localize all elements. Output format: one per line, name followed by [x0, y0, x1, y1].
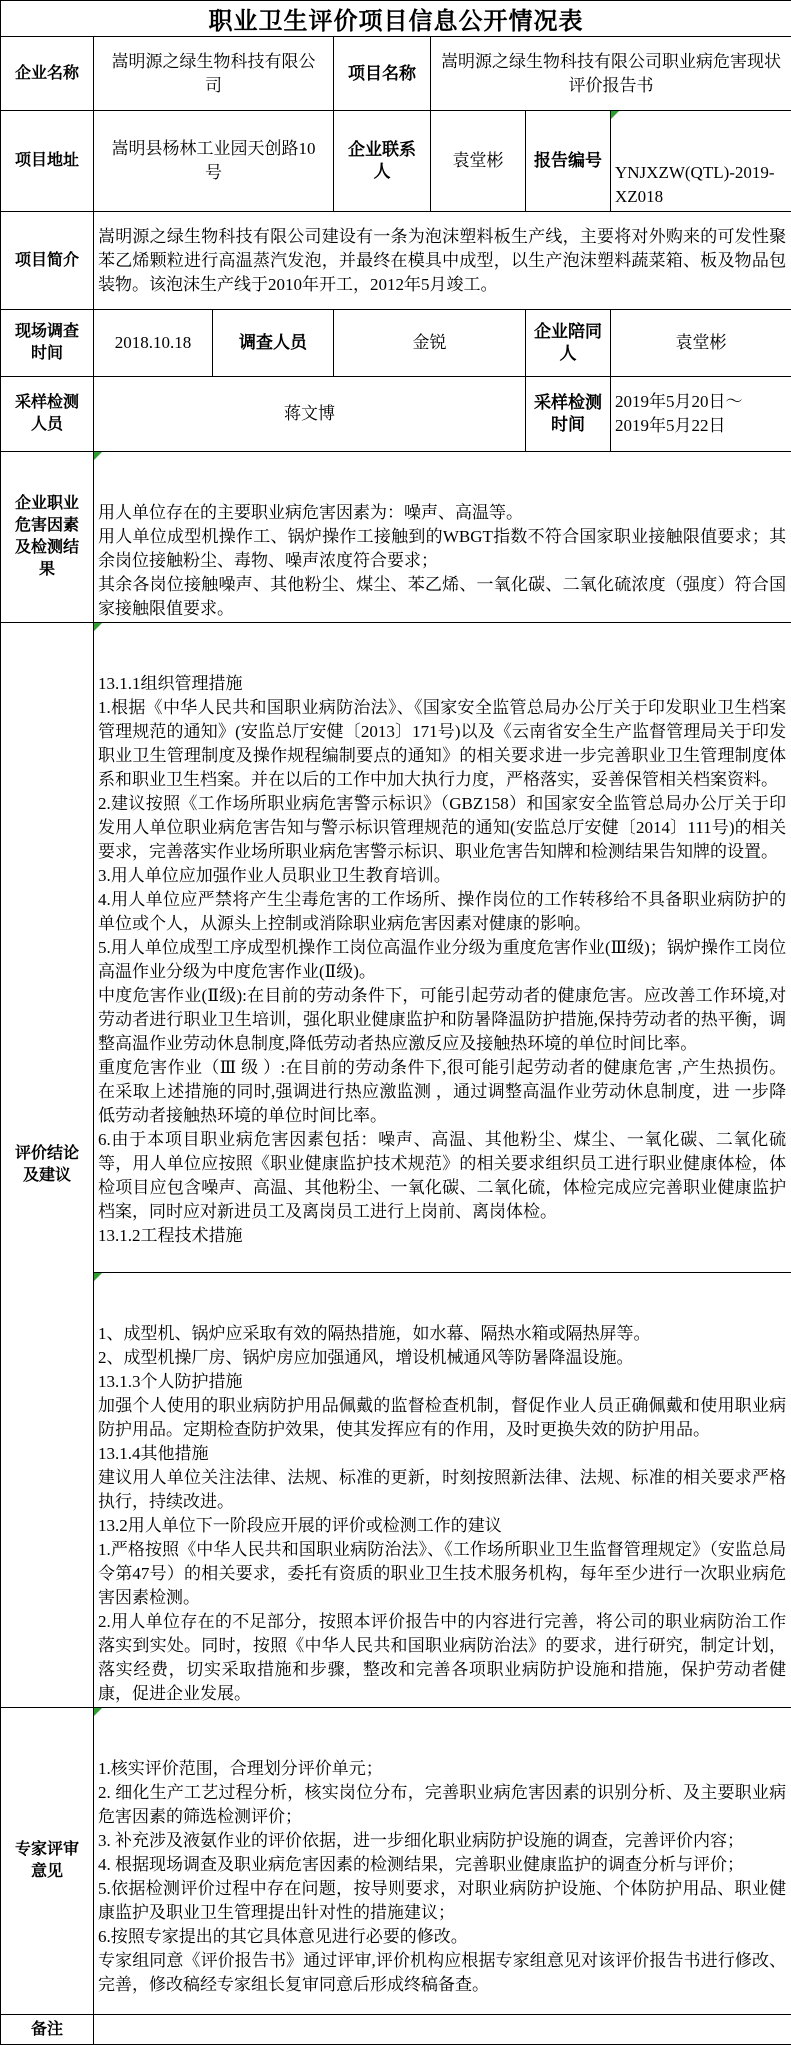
disclosure-form: 职业卫生评价项目信息公开情况表 企业名称 嵩明源之绿生物科技有限公司 项目名称 … [0, 0, 791, 2045]
green-corner-marker [611, 111, 619, 119]
form-table: 职业卫生评价项目信息公开情况表 企业名称 嵩明源之绿生物科技有限公司 项目名称 … [0, 0, 791, 2045]
expert-opinion-label: 专家评审 意见 [1, 1708, 94, 2015]
project-intro-label: 项目简介 [1, 212, 94, 310]
company-name-value: 嵩明源之绿生物科技有限公司 [94, 37, 334, 111]
investigator-value: 金锐 [334, 310, 526, 377]
green-corner-marker [94, 452, 102, 460]
conclusion-label: 评价结论 及建议 [1, 623, 94, 1708]
intro-row: 项目简介 嵩明源之绿生物科技有限公司建设有一条为泡沫塑料板生产线，主要将对外购来… [1, 212, 791, 310]
conclusion-part2-text: 1、成型机、锅炉应采取有效的隔热措施，如水幕、隔热水箱或隔热屏等。 2、成型机操… [98, 1324, 786, 1703]
address-row: 项目地址 嵩明县杨林工业园天创路10号 企业联系 人 袁堂彬 报告编号 YNJX… [1, 111, 791, 212]
project-name-value: 嵩明源之绿生物科技有限公司职业病危害现状评价报告书 [431, 37, 791, 111]
project-name-label: 项目名称 [334, 37, 431, 111]
title-row: 职业卫生评价项目信息公开情况表 [1, 1, 791, 37]
sampling-person-value: 蒋文博 [94, 377, 526, 452]
sampling-person-label: 采样检测 人员 [1, 377, 94, 452]
survey-date-value: 2018.10.18 [94, 310, 213, 377]
conclusion-part1-text: 13.1.1组织管理措施 1.根据《中华人民共和国职业病防治法》、《国家安全监管… [98, 674, 786, 1245]
investigator-label: 调查人员 [213, 310, 334, 377]
remark-row: 备注 [1, 2015, 791, 2045]
survey-row: 现场调查 时间 2018.10.18 调查人员 金锐 企业陪同 人 袁堂彬 [1, 310, 791, 377]
companion-label: 企业陪同 人 [526, 310, 611, 377]
company-contact-label: 企业联系 人 [334, 111, 431, 212]
sampling-time-value: 2019年5月20日～ 2019年5月22日 [611, 377, 791, 452]
report-number-label: 报告编号 [526, 111, 611, 212]
sampling-row: 采样检测 人员 蒋文博 采样检测 时间 2019年5月20日～ 2019年5月2… [1, 377, 791, 452]
conclusion-row-1: 评价结论 及建议 13.1.1组织管理措施 1.根据《中华人民共和国职业病防治法… [1, 623, 791, 1273]
expert-row: 专家评审 意见 1.核实评价范围，合理划分评价单元； 2. 细化生产工艺过程分析… [1, 1708, 791, 2015]
expert-opinion-value: 1.核实评价范围，合理划分评价单元； 2. 细化生产工艺过程分析，核实岗位分布，… [94, 1708, 791, 2015]
conclusion-part1: 13.1.1组织管理措施 1.根据《中华人民共和国职业病防治法》、《国家安全监管… [94, 623, 791, 1273]
hazards-label: 企业职业 危害因素 及检测结 果 [1, 452, 94, 623]
green-corner-marker [94, 1273, 102, 1281]
survey-time-label: 现场调查 时间 [1, 310, 94, 377]
sampling-time-label: 采样检测 时间 [526, 377, 611, 452]
expert-opinion-text: 1.核实评价范围，合理划分评价单元； 2. 细化生产工艺过程分析，核实岗位分布，… [98, 1759, 786, 1994]
hazards-value: 用人单位存在的主要职业病危害因素为：噪声、高温等。 用人单位成型机操作工、锅炉操… [94, 452, 791, 623]
company-name-label: 企业名称 [1, 37, 94, 111]
form-title: 职业卫生评价项目信息公开情况表 [1, 1, 791, 37]
report-number-text: YNJXZW(QTL)-2019-XZ018 [615, 163, 775, 206]
project-intro-value: 嵩明源之绿生物科技有限公司建设有一条为泡沫塑料板生产线，主要将对外购来的可发性聚… [94, 212, 791, 310]
project-address-value: 嵩明县杨林工业园天创路10号 [94, 111, 334, 212]
companion-value: 袁堂彬 [611, 310, 791, 377]
green-corner-marker [94, 1708, 102, 1716]
green-corner-marker [94, 623, 102, 631]
project-address-label: 项目地址 [1, 111, 94, 212]
company-contact-value: 袁堂彬 [431, 111, 526, 212]
hazards-text: 用人单位存在的主要职业病危害因素为：噪声、高温等。 用人单位成型机操作工、锅炉操… [98, 503, 786, 618]
conclusion-row-2: 1、成型机、锅炉应采取有效的隔热措施，如水幕、隔热水箱或隔热屏等。 2、成型机操… [1, 1273, 791, 1708]
company-row: 企业名称 嵩明源之绿生物科技有限公司 项目名称 嵩明源之绿生物科技有限公司职业病… [1, 37, 791, 111]
conclusion-part2: 1、成型机、锅炉应采取有效的隔热措施，如水幕、隔热水箱或隔热屏等。 2、成型机操… [94, 1273, 791, 1708]
remark-label: 备注 [1, 2015, 94, 2045]
report-number-value: YNJXZW(QTL)-2019-XZ018 [611, 111, 791, 212]
hazards-row: 企业职业 危害因素 及检测结 果 用人单位存在的主要职业病危害因素为：噪声、高温… [1, 452, 791, 623]
remark-value [94, 2015, 791, 2045]
